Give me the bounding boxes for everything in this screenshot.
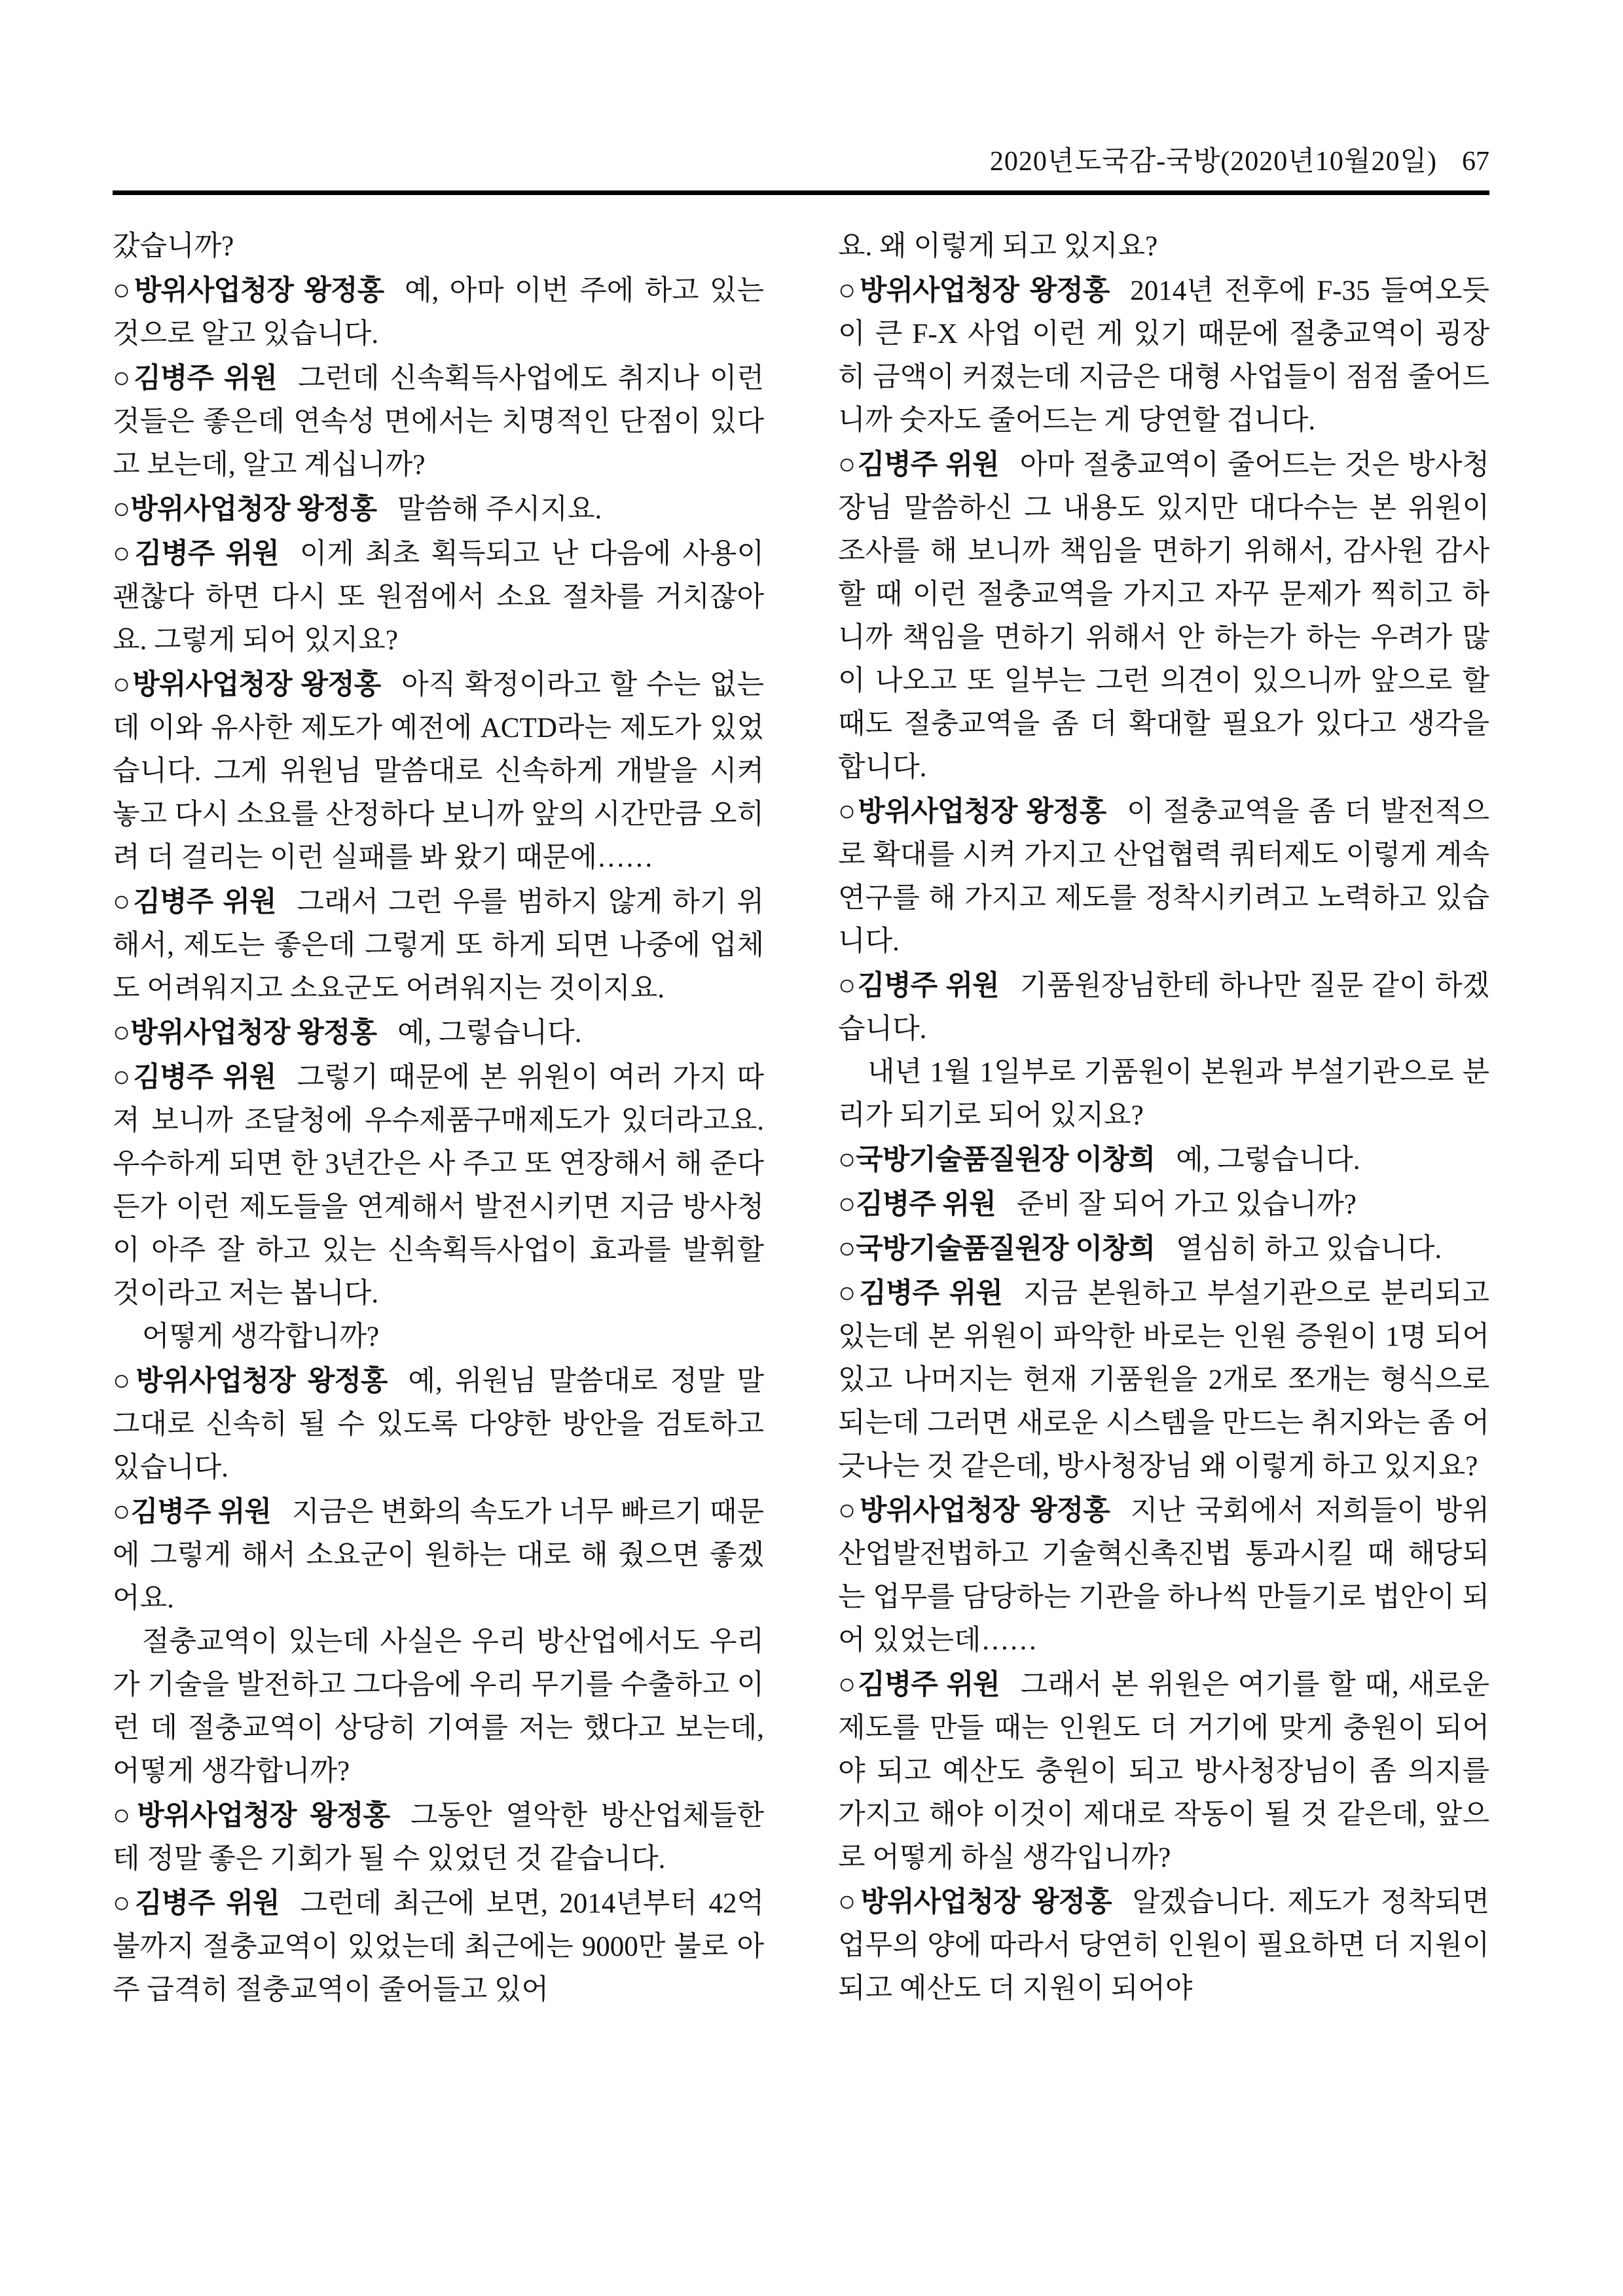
speech-paragraph: ○방위사업청장 왕정홍예, 위원님 말씀대로 정말 말 그대로 신속히 될 수 … bbox=[113, 1359, 764, 1490]
speech-paragraph: ○김병주 위원준비 잘 되어 가고 있습니까? bbox=[838, 1182, 1489, 1227]
speech-text: 말씀해 주시지요. bbox=[397, 494, 602, 525]
speaker-marker-icon: ○ bbox=[838, 1668, 858, 1700]
speaker-marker-icon: ○ bbox=[113, 885, 134, 918]
speaker-name: 김병주 위원 bbox=[135, 1888, 279, 1919]
speaker-marker-icon: ○ bbox=[113, 1495, 131, 1528]
column-left: 갔습니까?○방위사업청장 왕정홍예, 아마 이번 주에 하고 있는 것으로 알고… bbox=[113, 225, 764, 2012]
speaker-marker-icon: ○ bbox=[838, 1885, 861, 1918]
speaker-marker-icon: ○ bbox=[113, 274, 134, 306]
speaker-marker-icon: ○ bbox=[838, 1143, 856, 1175]
speaker-name: 김병주 위원 bbox=[858, 970, 999, 1001]
speech-paragraph: 갔습니까? bbox=[113, 225, 764, 268]
speaker-marker-icon: ○ bbox=[838, 274, 860, 306]
speech-paragraph: ○김병주 위원아마 절충교역이 줄어드는 것은 방사청장님 말씀하신 그 내용도… bbox=[838, 442, 1489, 789]
speaker-name: 김병주 위원 bbox=[858, 1669, 1000, 1700]
speech-paragraph: ○국방기술품질원장 이창희예, 그렇습니다. bbox=[838, 1138, 1489, 1182]
speech-paragraph: ○김병주 위원지금은 변화의 속도가 너무 빠르기 때문에 그렇게 해서 소요군… bbox=[113, 1490, 764, 1621]
speech-text: 준비 잘 되어 가고 있습니까? bbox=[1017, 1189, 1357, 1220]
speech-text: 그렇기 때문에 본 위원이 여러 가지 따져 보니까 조달청에 우수제품구매제도… bbox=[113, 1062, 764, 1309]
speaker-name: 방위사업청장 왕정홍 bbox=[860, 275, 1109, 306]
speaker-marker-icon: ○ bbox=[113, 1886, 135, 1919]
speaker-name: 김병주 위원 bbox=[859, 1278, 1002, 1309]
speech-text: 어떻게 생각합니까? bbox=[142, 1321, 379, 1352]
speaker-name: 국방기술품질원장 이창희 bbox=[856, 1233, 1155, 1265]
speaker-name: 김병주 위원 bbox=[134, 886, 276, 918]
header-rule bbox=[113, 190, 1489, 195]
speech-text: 예, 그렇습니다. bbox=[397, 1018, 581, 1049]
transcript-body: 갔습니까?○방위사업청장 왕정홍예, 아마 이번 주에 하고 있는 것으로 알고… bbox=[113, 225, 1489, 2012]
speech-paragraph: 내년 1월 1일부로 기품원이 본원과 부설기관으로 분리가 되기로 되어 있지… bbox=[838, 1051, 1489, 1138]
speech-text: 열심히 하고 있습니다. bbox=[1176, 1234, 1442, 1265]
speech-paragraph: ○김병주 위원지금 본원하고 부설기관으로 분리되고 있는데 본 위원이 파악한… bbox=[838, 1271, 1489, 1488]
speech-paragraph: ○방위사업청장 왕정홍말씀해 주시지요. bbox=[113, 487, 764, 531]
speaker-name: 김병주 위원 bbox=[135, 538, 279, 569]
speaker-name: 김병주 위원 bbox=[134, 1062, 276, 1093]
speaker-marker-icon: ○ bbox=[838, 1232, 856, 1265]
speech-paragraph: ○김병주 위원이게 최초 획득되고 난 다음에 사용이 괜찮다 하면 다시 또 … bbox=[113, 531, 764, 662]
speaker-name: 김병주 위원 bbox=[131, 1496, 271, 1528]
speech-paragraph: 어떻게 생각합니까? bbox=[113, 1316, 764, 1359]
speaker-name: 김병주 위원 bbox=[134, 363, 277, 394]
speech-text: 요. 왜 이렇게 되고 있지요? bbox=[838, 231, 1158, 262]
speaker-marker-icon: ○ bbox=[838, 1494, 860, 1526]
speaker-marker-icon: ○ bbox=[113, 361, 134, 394]
speech-paragraph: 절충교역이 있는데 사실은 우리 방산업에서도 우리가 기술을 발전하고 그다음… bbox=[113, 1621, 764, 1793]
speech-paragraph: ○방위사업청장 왕정홍지난 국회에서 저희들이 방위산업발전법하고 기술혁신촉진… bbox=[838, 1488, 1489, 1662]
speech-paragraph: ○김병주 위원그래서 본 위원은 여기를 할 때, 새로운 제도를 만들 때는 … bbox=[838, 1662, 1489, 1880]
speech-paragraph: ○김병주 위원기품원장님한테 하나만 질문 같이 하겠습니다. bbox=[838, 963, 1489, 1051]
speaker-marker-icon: ○ bbox=[838, 1276, 859, 1309]
speech-paragraph: ○김병주 위원그렇기 때문에 본 위원이 여러 가지 따져 보니까 조달청에 우… bbox=[113, 1055, 764, 1316]
speaker-name: 방위사업청장 왕정홍 bbox=[130, 493, 376, 525]
speech-paragraph: ○방위사업청장 왕정홍예, 아마 이번 주에 하고 있는 것으로 알고 있습니다… bbox=[113, 268, 764, 356]
speech-paragraph: ○방위사업청장 왕정홍2014년 전후에 F-35 들여오듯이 큰 F-X 사업… bbox=[838, 268, 1489, 442]
speech-text: 절충교역이 있는데 사실은 우리 방산업에서도 우리가 기술을 발전하고 그다음… bbox=[113, 1626, 764, 1787]
header-title: 2020년도국감-국방(2020년10월20일) bbox=[990, 147, 1437, 177]
speaker-name: 방위사업청장 왕정홍 bbox=[134, 275, 384, 306]
speech-text: 내년 1월 1일부로 기품원이 본원과 부설기관으로 분리가 되기로 되어 있지… bbox=[838, 1057, 1489, 1131]
speech-paragraph: ○김병주 위원그래서 그런 우를 범하지 않게 하기 위해서, 제도는 좋은데 … bbox=[113, 880, 764, 1011]
speech-paragraph: ○김병주 위원그런데 신속획득사업에도 취지나 이런 것들은 좋은데 연속성 면… bbox=[113, 356, 764, 487]
speaker-marker-icon: ○ bbox=[838, 969, 858, 1001]
speaker-marker-icon: ○ bbox=[113, 1799, 137, 1831]
speech-paragraph: ○방위사업청장 왕정홍알겠습니다. 제도가 정착되면 업무의 양에 따라서 당연… bbox=[838, 1880, 1489, 2011]
speaker-marker-icon: ○ bbox=[113, 1364, 136, 1397]
speaker-name: 방위사업청장 왕정홍 bbox=[137, 1800, 390, 1831]
speaker-name: 방위사업청장 왕정홍 bbox=[132, 669, 380, 700]
speaker-name: 방위사업청장 왕정홍 bbox=[861, 1886, 1112, 1918]
speech-paragraph: ○김병주 위원그런데 최근에 보면, 2014년부터 42억 불까지 절충교역이… bbox=[113, 1881, 764, 2012]
speaker-marker-icon: ○ bbox=[838, 448, 858, 480]
speech-text: 아마 절충교역이 줄어드는 것은 방사청장님 말씀하신 그 내용도 있지만 대다… bbox=[838, 450, 1489, 783]
speaker-name: 김병주 위원 bbox=[858, 449, 999, 480]
speech-paragraph: ○국방기술품질원장 이창희열심히 하고 있습니다. bbox=[838, 1227, 1489, 1271]
speaker-marker-icon: ○ bbox=[113, 668, 132, 700]
document-page: 2020년도국감-국방(2020년10월20일)67 갔습니까?○방위사업청장 … bbox=[0, 0, 1623, 2296]
speaker-marker-icon: ○ bbox=[838, 795, 858, 827]
speech-paragraph: ○방위사업청장 왕정홍아직 확정이라고 할 수는 없는데 이와 유사한 제도가 … bbox=[113, 662, 764, 880]
speaker-name: 방위사업청장 왕정홍 bbox=[858, 796, 1106, 827]
page-number: 67 bbox=[1462, 147, 1489, 177]
speaker-name: 김병주 위원 bbox=[856, 1189, 996, 1220]
speaker-name: 방위사업청장 왕정홍 bbox=[136, 1365, 387, 1397]
speaker-marker-icon: ○ bbox=[113, 1016, 130, 1049]
speech-text: 예, 그렇습니다. bbox=[1176, 1145, 1360, 1175]
speech-paragraph: ○방위사업청장 왕정홍예, 그렇습니다. bbox=[113, 1011, 764, 1055]
speech-paragraph: ○방위사업청장 왕정홍그동안 열악한 방산업체들한테 정말 좋은 기회가 될 수… bbox=[113, 1793, 764, 1881]
speech-text: 갔습니까? bbox=[113, 231, 234, 262]
speech-paragraph: 요. 왜 이렇게 되고 있지요? bbox=[838, 225, 1489, 268]
column-right: 요. 왜 이렇게 되고 있지요?○방위사업청장 왕정홍2014년 전후에 F-3… bbox=[838, 225, 1489, 2012]
speaker-name: 방위사업청장 왕정홍 bbox=[860, 1495, 1110, 1526]
speaker-name: 방위사업청장 왕정홍 bbox=[130, 1017, 376, 1049]
speaker-marker-icon: ○ bbox=[113, 1060, 134, 1093]
speaker-marker-icon: ○ bbox=[838, 1187, 856, 1220]
speaker-marker-icon: ○ bbox=[113, 537, 135, 569]
speech-paragraph: ○방위사업청장 왕정홍이 절충교역을 좀 더 발전적으로 확대를 시켜 가지고 … bbox=[838, 789, 1489, 963]
speaker-name: 국방기술품질원장 이창희 bbox=[856, 1144, 1155, 1175]
speaker-marker-icon: ○ bbox=[113, 492, 130, 525]
page-header: 2020년도국감-국방(2020년10월20일)67 bbox=[113, 145, 1489, 178]
